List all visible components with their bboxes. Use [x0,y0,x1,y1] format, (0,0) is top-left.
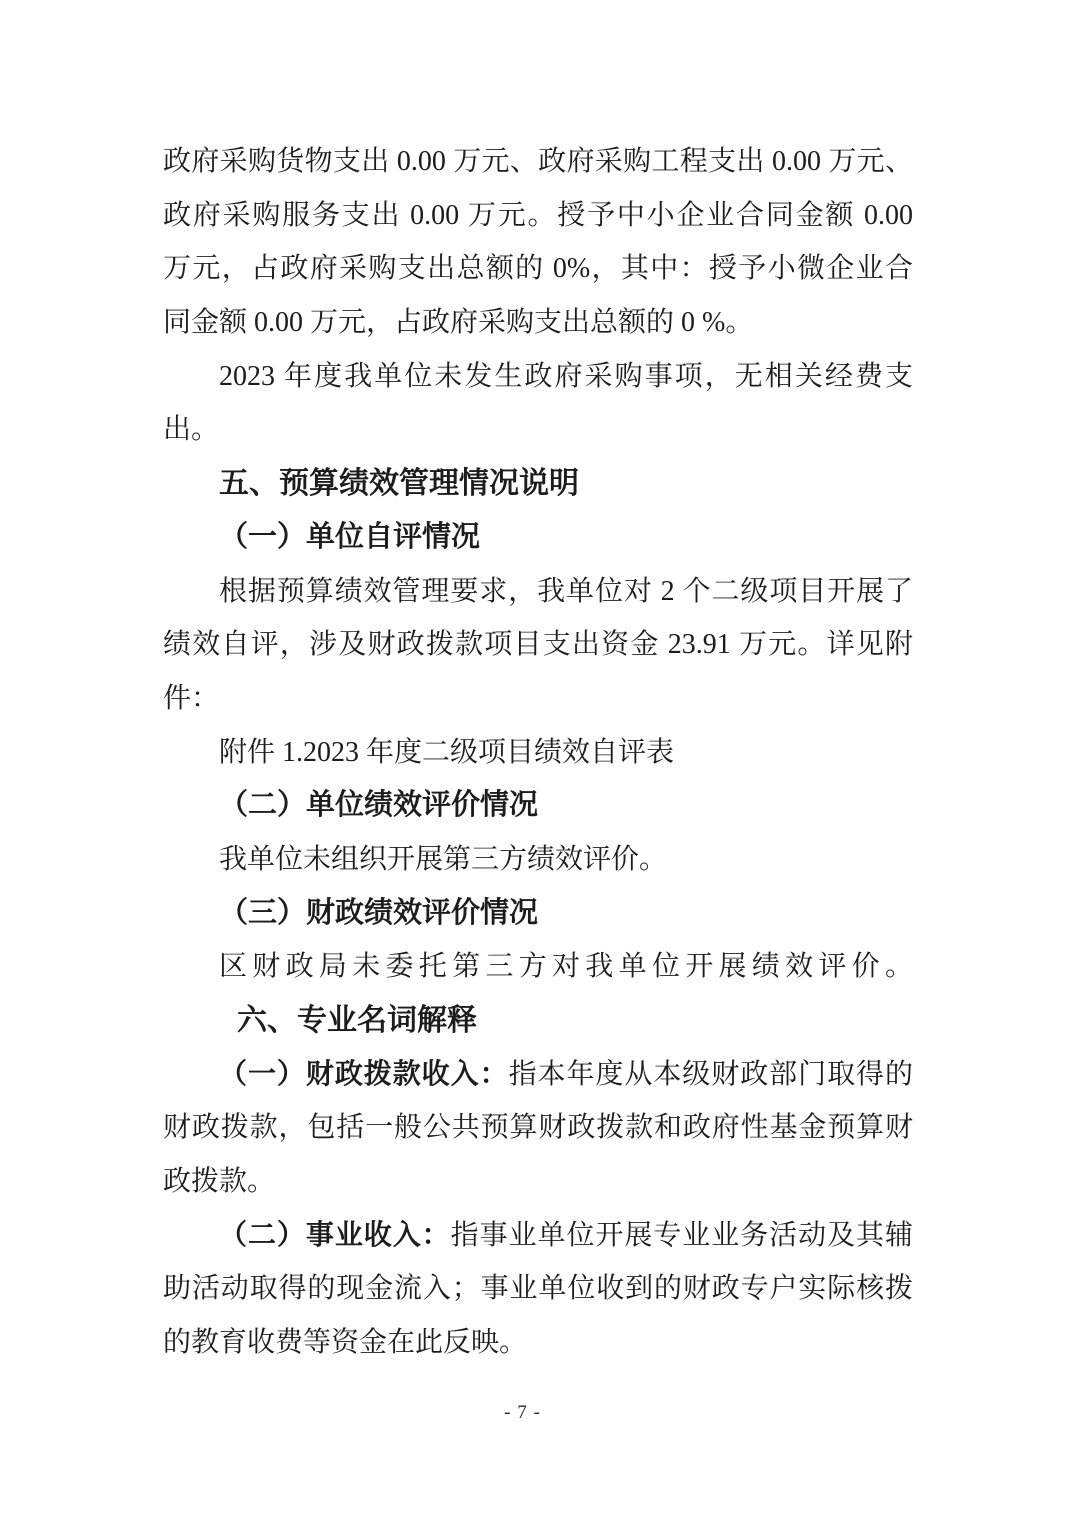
section-heading: （一）单位自评情况 [163,511,913,565]
document-body: 政府采购货物支出 0.00 万元、政府采购工程支出 0.00 万元、政府采购服务… [163,135,913,1370]
text-line: 政府采购货物支出 0.00 万元、政府采购工程支出 0.00 万元、 [163,135,913,189]
text-line: 财政拨款，包括一般公共预算财政拨款和政府性基金预算财 [163,1101,913,1155]
text-line: 助活动取得的现金流入；事业单位收到的财政专户实际核拨 [163,1262,913,1316]
section-heading: （二）单位绩效评价情况 [163,779,913,833]
text-line: 件： [163,672,913,726]
term-label: （二）事业收入： [219,1220,451,1251]
text-line: 同金额 0.00 万元，占政府采购支出总额的 0 %。 [163,296,913,350]
page-number: - 7 - [0,1399,1045,1427]
text-line: 绩效自评，涉及财政拨款项目支出资金 23.91 万元。详见附 [163,618,913,672]
text-line: 根据预算绩效管理要求，我单位对 2 个二级项目开展了 [163,565,913,619]
term-label: （一）财政拨款收入： [219,1059,509,1090]
section-heading: 五、预算绩效管理情况说明 [163,457,913,511]
text-line: （一）财政拨款收入：指本年度从本级财政部门取得的 [163,1048,913,1102]
text-line: 政拨款。 [163,1155,913,1209]
text-line: 2023 年度我单位未发生政府采购事项，无相关经费支 [163,350,913,404]
text-line: 万元，占政府采购支出总额的 0%，其中：授予小微企业合 [163,242,913,296]
text-line: 政府采购服务支出 0.00 万元。授予中小企业合同金额 0.00 [163,189,913,243]
text-line: 附件 1.2023 年度二级项目绩效自评表 [163,726,913,780]
document-page: 政府采购货物支出 0.00 万元、政府采购工程支出 0.00 万元、政府采购服务… [0,0,1075,1520]
text-line: 我单位未组织开展第三方绩效评价。 [163,833,913,887]
text-line: （二）事业收入：指事业单位开展专业业务活动及其辅 [163,1209,913,1263]
text-line: 出。 [163,403,913,457]
section-heading: 六、专业名词解释 [163,994,913,1048]
text-line: 区财政局未委托第三方对我单位开展绩效评价。 [163,940,913,994]
text-line: 的教育收费等资金在此反映。 [163,1316,913,1370]
section-heading: （三）财政绩效评价情况 [163,887,913,941]
